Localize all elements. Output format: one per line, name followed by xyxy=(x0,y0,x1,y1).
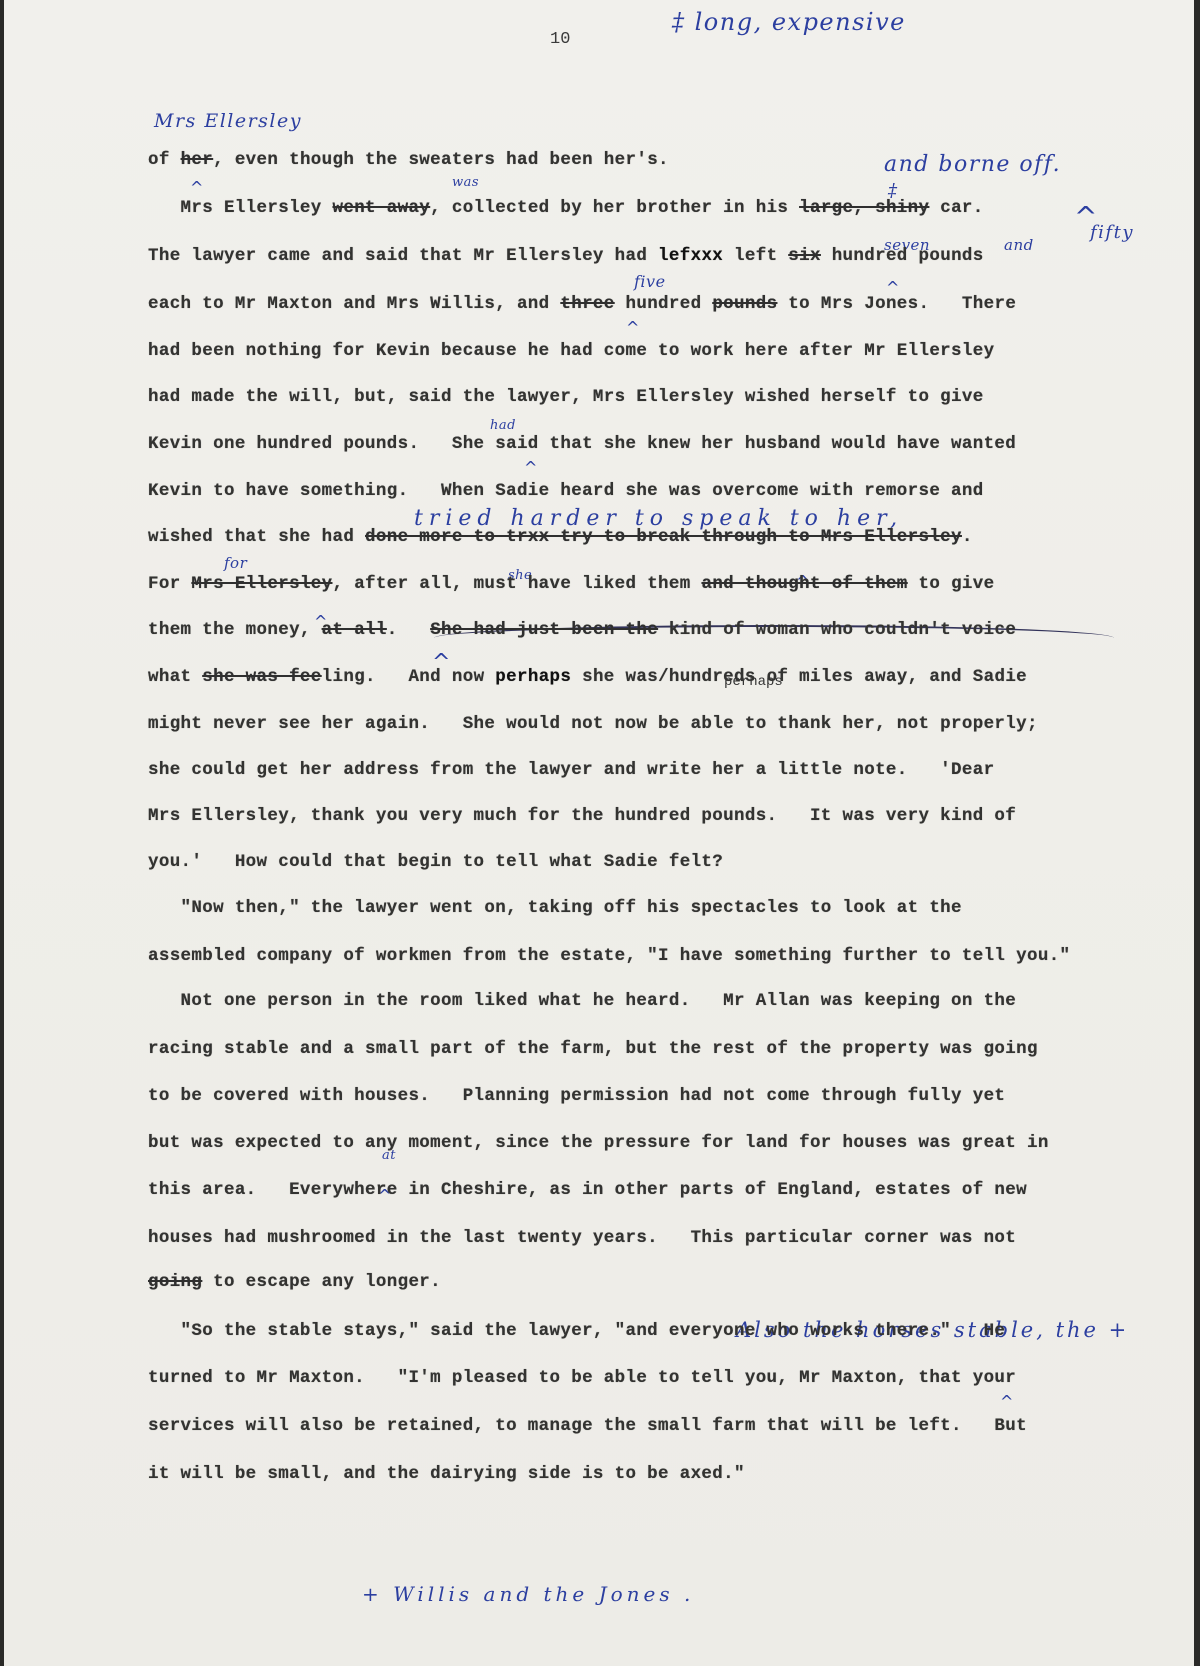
typed-line: you.' How could that begin to tell what … xyxy=(148,852,723,872)
typed-line: assembled company of workmen from the es… xyxy=(148,946,1070,966)
caret-1: ^ xyxy=(190,178,203,197)
typed-line: each to Mr Maxton and Mrs Willis, and th… xyxy=(148,294,1016,314)
typed-line: had made the will, but, said the lawyer,… xyxy=(148,387,984,407)
typed-line: "Now then," the lawyer went on, taking o… xyxy=(148,898,962,918)
typed-line: Not one person in the room liked what he… xyxy=(148,991,1016,1011)
typed-line: this area. Everywhere in Cheshire, as in… xyxy=(148,1180,1027,1200)
typed-line: services will also be retained, to manag… xyxy=(148,1416,1027,1436)
typed-line: to be covered with houses. Planning perm… xyxy=(148,1086,1005,1106)
caret-4: ^ xyxy=(524,458,537,477)
typed-line: she could get her address from the lawye… xyxy=(148,760,994,780)
annotation-was: was xyxy=(452,175,479,190)
annotation-bottom-note: + Willis and the Jones . xyxy=(362,1582,694,1606)
typed-line: it will be small, and the dairying side … xyxy=(148,1464,745,1484)
annotation-five: five xyxy=(634,272,666,291)
typed-line: Mrs Ellersley went away, collected by he… xyxy=(148,198,984,218)
typed-line: Kevin to have something. When Sadie hear… xyxy=(148,481,984,501)
page-number: 10 xyxy=(550,30,570,49)
annotation-had: had xyxy=(490,418,516,433)
annotation-top-note: ‡ long, expensive xyxy=(672,8,906,36)
typed-line: wished that she had done more to trxx tr… xyxy=(148,527,973,547)
typed-line: them the money, at all. She had just bee… xyxy=(148,620,1016,640)
manuscript-page: 10 ‡ long, expensive Mrs Ellersley was a… xyxy=(4,0,1194,1666)
typed-line: Mrs Ellersley, thank you very much for t… xyxy=(148,806,1016,826)
typed-line: but was expected to any moment, since th… xyxy=(148,1133,1049,1153)
annotation-mrs-ellersley: Mrs Ellersley xyxy=(154,110,302,132)
typed-line: of her, even though the sweaters had bee… xyxy=(148,150,669,170)
insertion-caret: ^ xyxy=(1074,200,1097,233)
typed-line: For Mrs Ellersley, after all, must have … xyxy=(148,574,994,594)
typed-line: turned to Mr Maxton. "I'm pleased to be … xyxy=(148,1368,1016,1388)
typed-line: The lawyer came and said that Mr Ellersl… xyxy=(148,246,984,266)
typed-line: might never see her again. She would not… xyxy=(148,714,1038,734)
typed-line: what she was feeling. And now perhaps sh… xyxy=(148,667,1027,687)
typed-line: going to escape any longer. xyxy=(148,1272,441,1292)
typed-line: houses had mushroomed in the last twenty… xyxy=(148,1228,1016,1248)
annotation-for: for xyxy=(224,554,247,572)
typed-line: had been nothing for Kevin because he ha… xyxy=(148,341,994,361)
caret-9: ^ xyxy=(1000,1392,1013,1411)
annotation-and-borne-off: and borne off. xyxy=(884,152,1061,177)
typed-line: Kevin one hundred pounds. She said that … xyxy=(148,434,1016,454)
typed-line: racing stable and a small part of the fa… xyxy=(148,1039,1038,1059)
typed-line: "So the stable stays," said the lawyer, … xyxy=(148,1321,1005,1341)
caret-3: ^ xyxy=(626,318,639,337)
annotation-and: and xyxy=(1004,236,1034,254)
